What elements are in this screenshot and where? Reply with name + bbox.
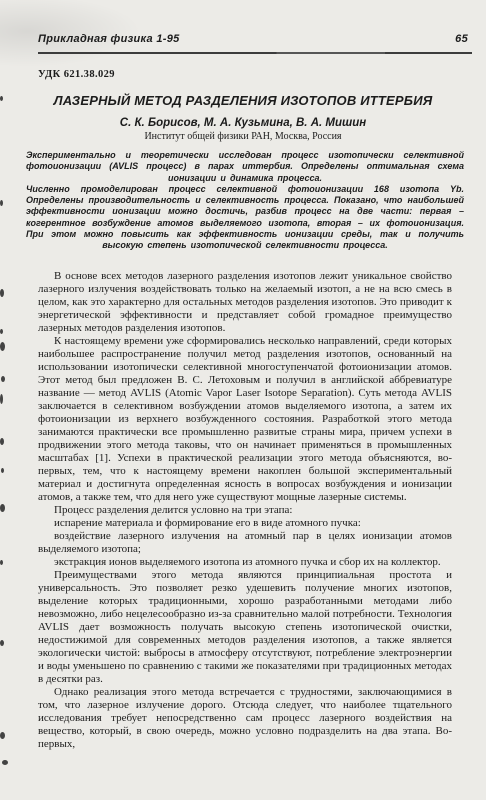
scan-speckle (0, 560, 3, 565)
running-head: Прикладная физика 1-95 65 (38, 33, 468, 45)
body-paragraph: испарение материала и формирование его в… (38, 517, 452, 530)
scan-speckle (0, 504, 5, 512)
journal-title: Прикладная физика 1-95 (38, 33, 180, 45)
scan-speckle (2, 760, 8, 765)
affiliation-line: Институт общей физики РАН, Москва, Росси… (20, 131, 466, 142)
scan-speckle (0, 96, 3, 101)
scan-speckle (0, 394, 3, 404)
body-paragraph: Однако реализация этого метода встречает… (38, 686, 452, 751)
scan-speckle (0, 438, 4, 445)
scan-speckle (0, 342, 5, 351)
scanned-paper-page: Прикладная физика 1-95 65 УДК 621.38.029… (0, 0, 486, 800)
abstract-paragraph: Численно промоделирован процесс селектив… (26, 184, 464, 252)
udc-code: УДК 621.38.029 (38, 69, 115, 80)
scan-speckle (0, 200, 3, 206)
body-paragraph: К настоящему времени уже сформировались … (38, 335, 452, 504)
paper-title: ЛАЗЕРНЫЙ МЕТОД РАЗДЕЛЕНИЯ ИЗОТОПОВ ИТТЕР… (20, 93, 466, 108)
scan-speckle (0, 732, 5, 739)
page-number: 65 (455, 33, 468, 45)
authors-line: С. К. Борисов, М. А. Кузьмина, В. А. Миш… (20, 117, 466, 129)
body-paragraph: воздействие лазерного излучения на атомн… (38, 530, 452, 556)
abstract-block: Экспериментально и теоретически исследов… (26, 150, 464, 252)
body-paragraph: В основе всех методов лазерного разделен… (38, 270, 452, 335)
scan-speckle (0, 289, 4, 297)
body-paragraph: Процесс разделения делится условно на тр… (38, 504, 452, 517)
scan-speckle (0, 640, 4, 646)
header-rule (38, 52, 472, 54)
body-paragraph: Преимуществами этого метода являются при… (38, 569, 452, 686)
body-text-block: В основе всех методов лазерного разделен… (38, 270, 452, 751)
abstract-paragraph: Экспериментально и теоретически исследов… (26, 150, 464, 184)
scan-speckle (1, 376, 5, 382)
body-paragraph: экстракция ионов выделяемого изотопа из … (38, 556, 452, 569)
scan-speckle (1, 468, 4, 473)
scan-speckle (0, 329, 3, 334)
